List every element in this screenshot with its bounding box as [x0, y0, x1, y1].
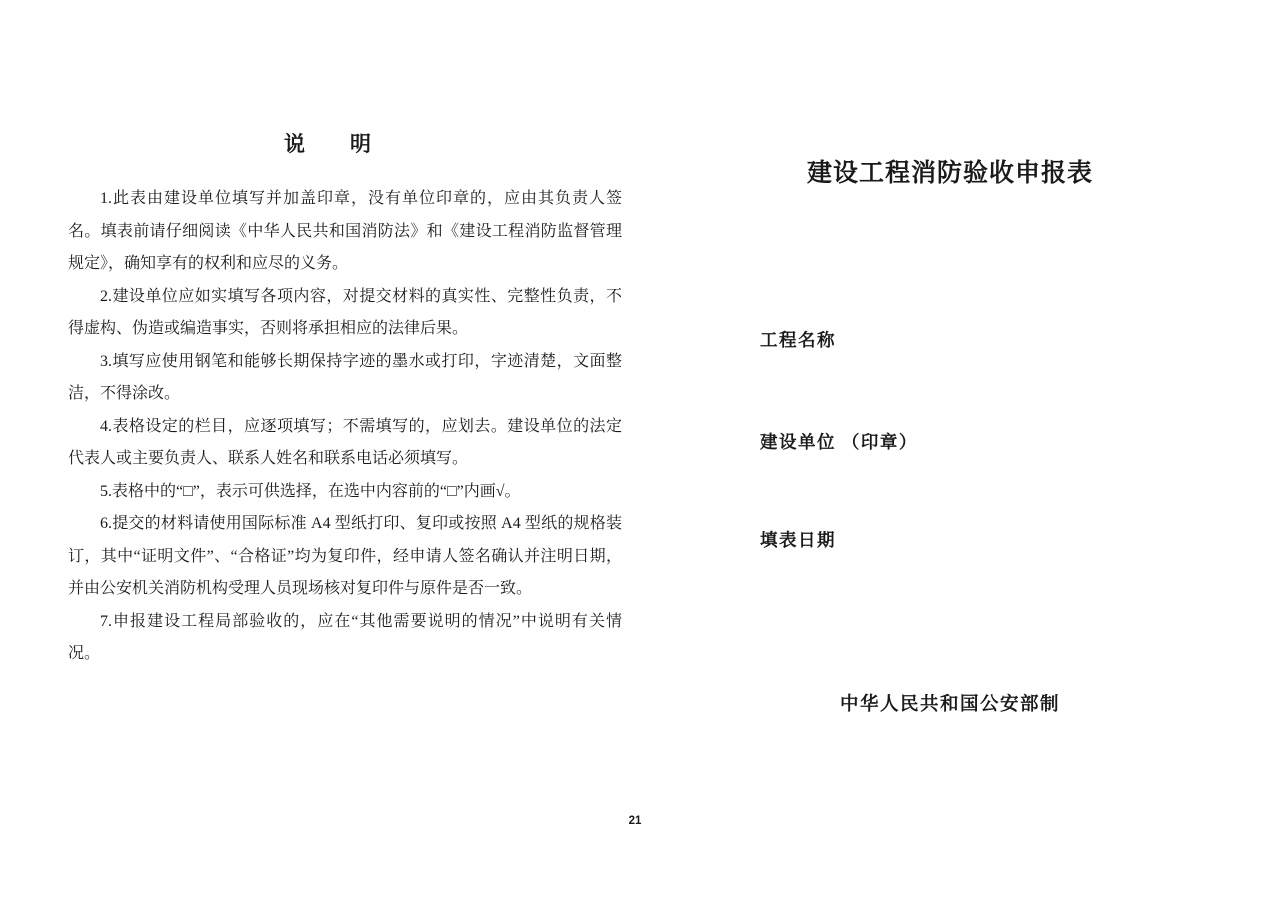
form-title: 建设工程消防验收申报表: [640, 153, 1260, 189]
issuer-line: 中华人民共和国公安部制: [640, 690, 1260, 716]
page-number: 21: [0, 815, 1270, 827]
instruction-paragraph-4: 4.表格设定的栏目，应逐项填写；不需填写的，应划去。建设单位的法定代表人或主要负…: [68, 411, 622, 476]
instruction-paragraph-5: 5.表格中的“□”，表示可供选择，在选中内容前的“□”内画√。: [68, 476, 622, 509]
field-label-project-name: 工程名称: [760, 327, 836, 352]
document-spread: 说 明 1.此表由建设单位填写并加盖印章，没有单位印章的，应由其负责人签名。填表…: [0, 0, 1270, 898]
instructions-body: 1.此表由建设单位填写并加盖印章，没有单位印章的，应由其负责人签名。填表前请仔细…: [68, 183, 622, 671]
instruction-paragraph-6: 6.提交的材料请使用国际标准 A4 型纸打印、复印或按照 A4 型纸的规格装订，…: [68, 508, 622, 606]
instruction-paragraph-1: 1.此表由建设单位填写并加盖印章，没有单位印章的，应由其负责人签名。填表前请仔细…: [68, 183, 622, 281]
instruction-paragraph-2: 2.建设单位应如实填写各项内容，对提交材料的真实性、完整性负责，不得虚构、伪造或…: [68, 281, 622, 346]
field-label-fill-date: 填表日期: [760, 527, 836, 552]
instructions-heading: 说 明: [68, 128, 588, 158]
field-label-construction-unit-seal: 建设单位 （印章）: [760, 429, 918, 454]
instruction-paragraph-3: 3.填写应使用钢笔和能够长期保持字迹的墨水或打印，字迹清楚，文面整洁，不得涂改。: [68, 346, 622, 411]
instruction-paragraph-7: 7.申报建设工程局部验收的，应在“其他需要说明的情况”中说明有关情况。: [68, 606, 622, 671]
